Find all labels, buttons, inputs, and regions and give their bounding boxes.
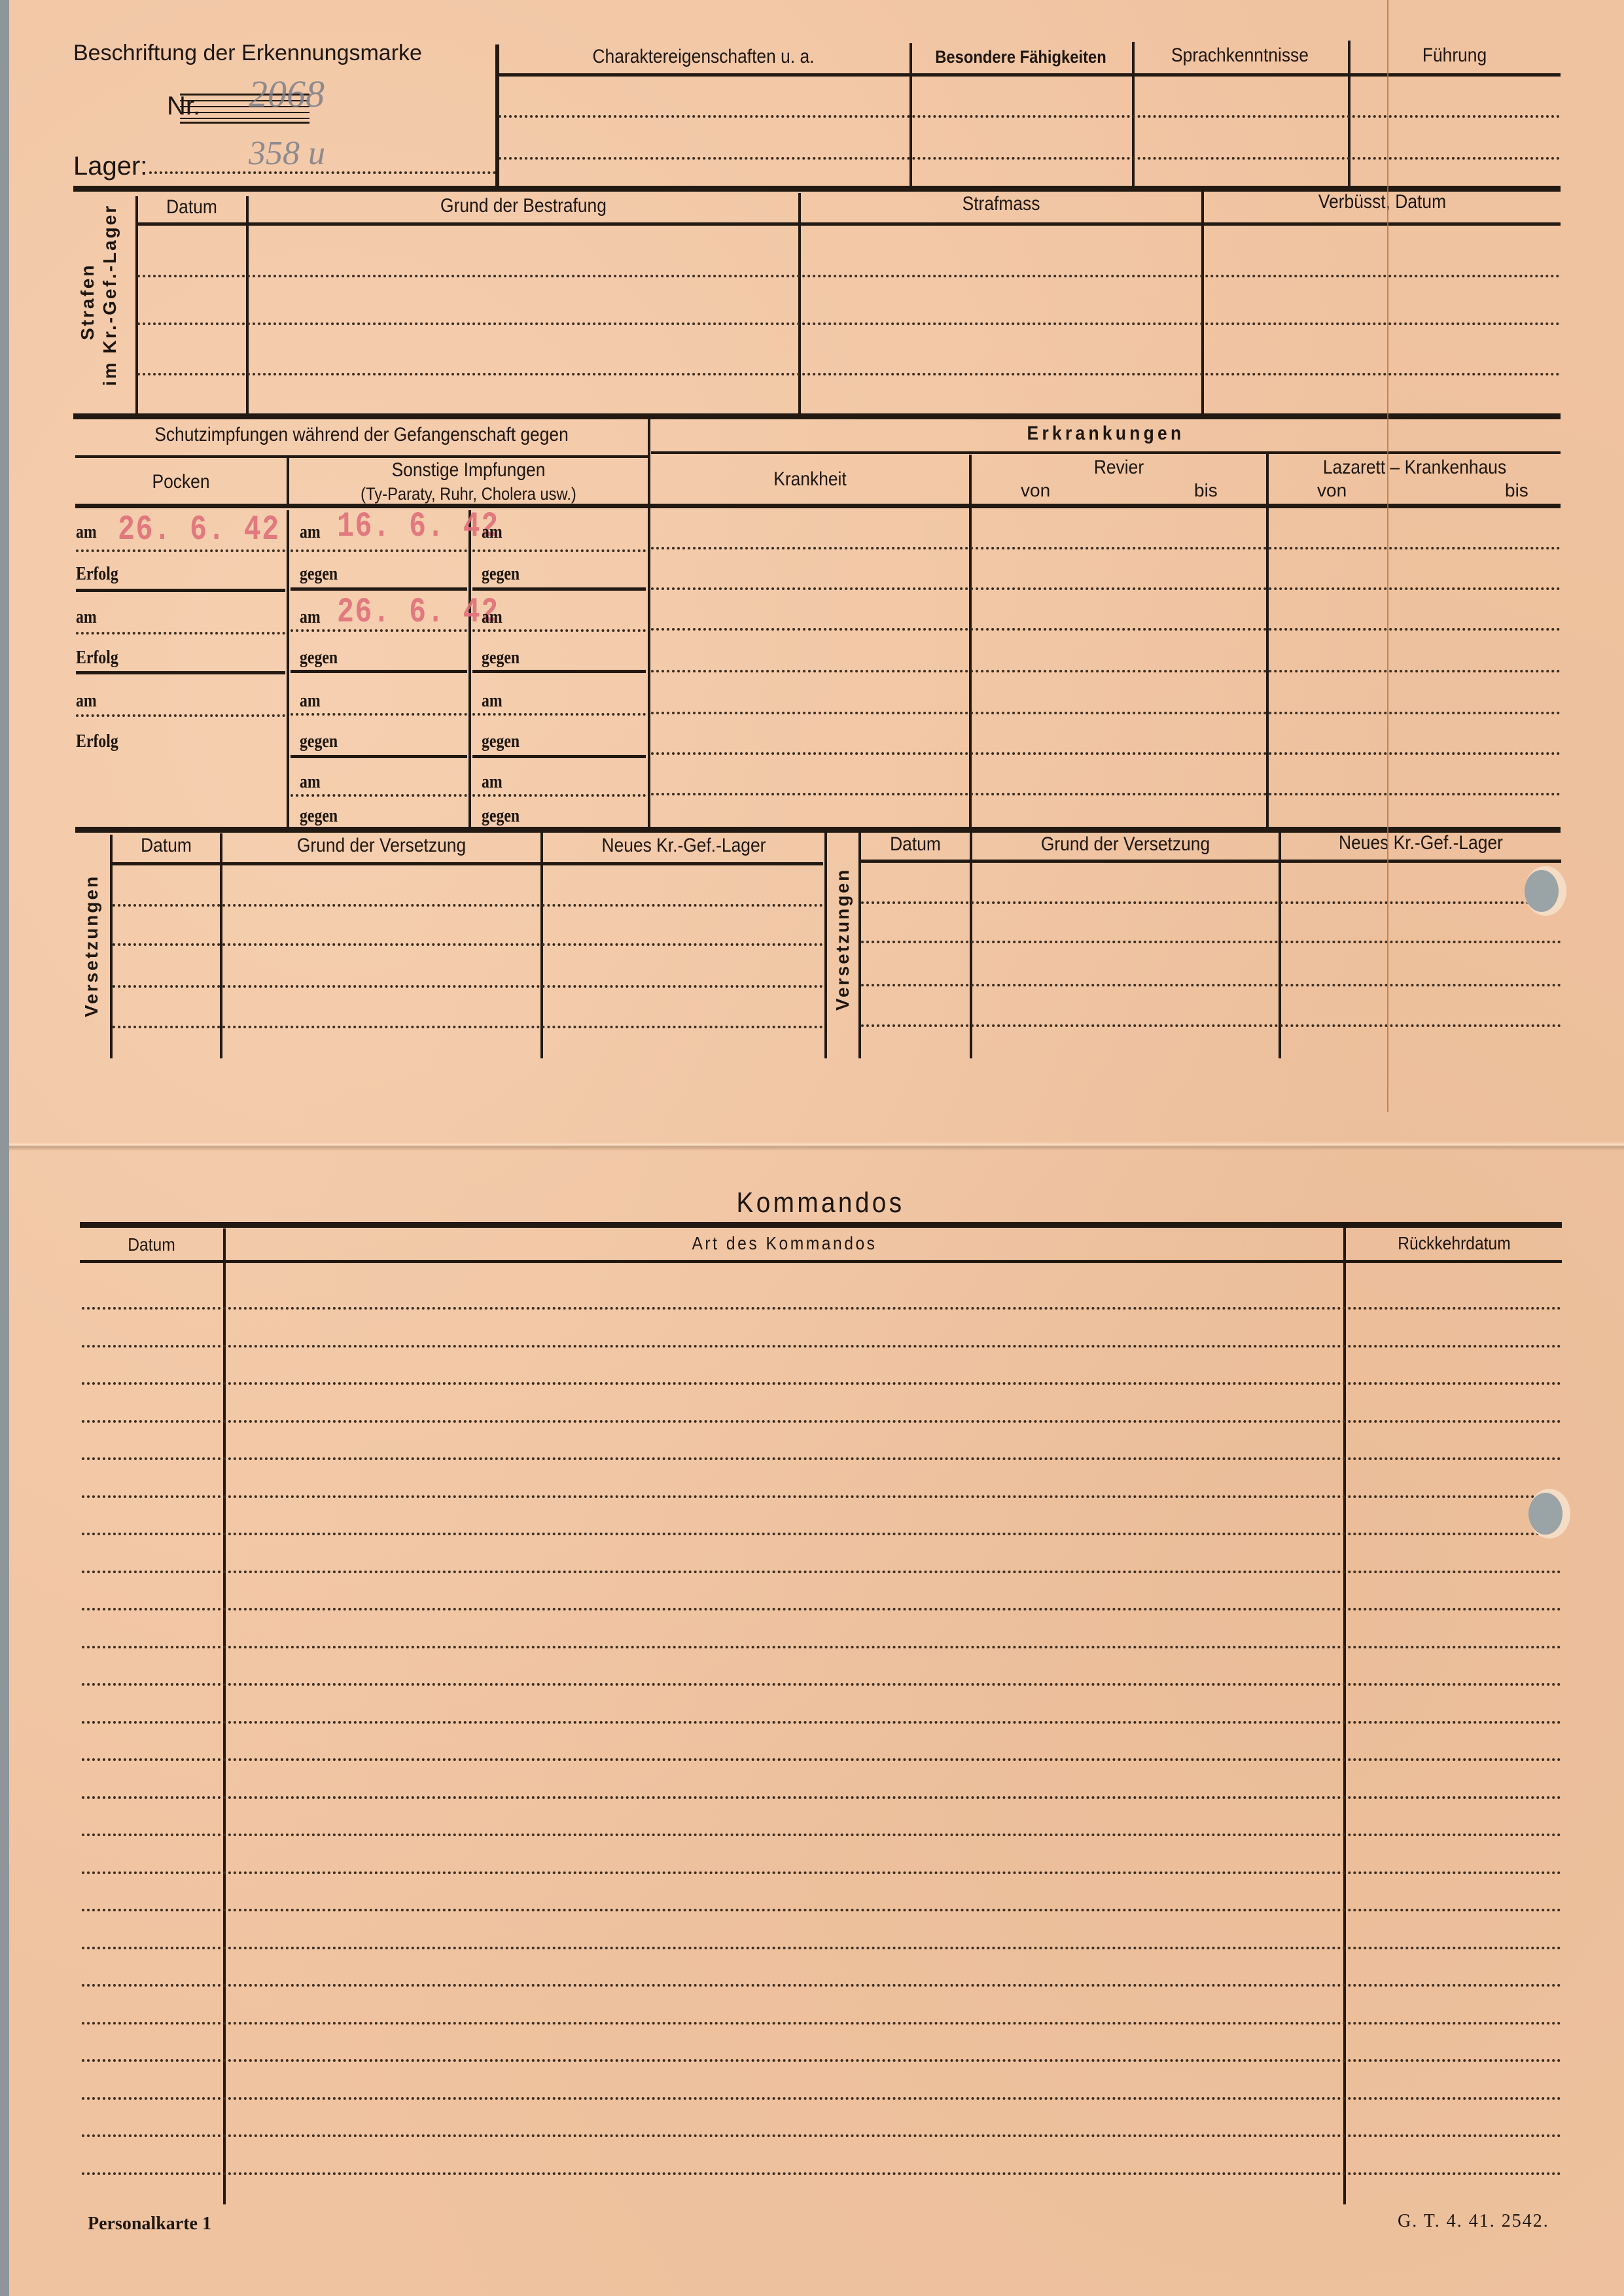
kommandos-sep-2 <box>1343 1227 1346 2204</box>
lager-label: Lager: <box>73 152 147 181</box>
kommandos-dots-5 <box>82 1457 1562 1460</box>
sonstige-a-dots-1 <box>291 549 467 552</box>
kommandos-dots-2 <box>82 1345 1562 1348</box>
erk-col-krankheit: Krankheit <box>670 468 950 491</box>
kommandos-dots-14 <box>82 1796 1562 1799</box>
strafen-col-datum: Datum <box>144 196 239 218</box>
versetzungen-side-label-right: Versetzungen <box>832 868 853 1011</box>
versetzungen-side-label-left: Versetzungen <box>81 875 102 1017</box>
sonstige-sub: (Ty-Paraty, Ruhr, Cholera usw.) <box>311 483 626 505</box>
vers-r-col-grund: Grund der Versetzung <box>991 833 1260 856</box>
kommandos-col-art: Art des Kommandos <box>292 1232 1276 1255</box>
sonstige-a-rule-1 <box>291 587 467 591</box>
erk-col-lazarett: Lazarett – Krankenhaus <box>1286 457 1543 479</box>
sonstige-a-gegen-3: gegen <box>300 731 338 752</box>
pocken-label: Pocken <box>88 471 274 493</box>
print-code: G. T. 4. 41. 2542. <box>1398 2211 1549 2232</box>
sonstige-b-am-2: am <box>482 607 503 628</box>
kommandos-dots-20 <box>82 2022 1562 2025</box>
erk-dots-3 <box>651 628 1561 631</box>
sonstige-a-dots-2 <box>291 629 467 632</box>
impf-sep-pocken <box>287 458 289 504</box>
sonstige-b-rule-3 <box>472 755 646 758</box>
pocken-date-1: 26. 6. 42 <box>118 510 280 550</box>
kommandos-dots-16 <box>82 1871 1562 1874</box>
erk-dots-2 <box>651 587 1561 590</box>
strafen-col-grund: Grund der Bestrafung <box>281 195 765 217</box>
strafen-dots-3 <box>137 373 1561 375</box>
kommandos-dots-1 <box>82 1307 1562 1310</box>
form-name: Personalkarte 1 <box>88 2214 211 2235</box>
impf-sep-b <box>468 510 471 827</box>
sonstige-label: Sonstige Impfungen <box>311 459 626 481</box>
strafen-underline <box>137 222 1561 226</box>
sonstige-b-dots-4 <box>472 794 646 797</box>
header-col-sprachen: Sprachkenntnisse <box>1146 44 1334 67</box>
sonstige-a-am-2: am <box>300 607 321 628</box>
erkrankungen-title-underline <box>651 451 1561 454</box>
erk-revier-bis: bis <box>1194 480 1218 501</box>
pocken-am-2: am <box>76 607 97 628</box>
strafen-col-verbuesst: Verbüsst, Datum <box>1226 191 1540 213</box>
strafen-sep-2 <box>798 193 801 415</box>
header-underline <box>499 73 1561 77</box>
vers-r-col-datum: Datum <box>868 833 963 856</box>
erk-dots-4 <box>651 670 1561 672</box>
kommandos-dots-22 <box>82 2097 1562 2100</box>
sonstige-b-am-4: am <box>482 772 503 793</box>
kommandos-dots-9 <box>82 1608 1562 1610</box>
kommandos-sep-1 <box>223 1228 226 2204</box>
kommandos-dots-11 <box>82 1683 1562 1686</box>
header-dots-2 <box>499 157 1561 160</box>
vers-l-underline <box>113 862 823 865</box>
erk-revier-von: von <box>1021 480 1050 501</box>
nr-value[interactable]: 2068 <box>249 72 325 116</box>
erk-lazarett-von: von <box>1317 480 1347 501</box>
header-col-sep-3 <box>1348 41 1350 186</box>
vers-l-dots-4 <box>113 1026 823 1028</box>
strafen-side-label-1: Strafen <box>77 264 98 340</box>
erk-dots-7 <box>651 793 1561 795</box>
vers-l-col-lager: Neues Kr.-Gef.-Lager <box>560 835 807 857</box>
erk-dots-6 <box>651 752 1561 755</box>
sonstige-a-am-1: am <box>300 522 321 543</box>
kommandos-dots-17 <box>82 1909 1562 1911</box>
vers-l-dots-3 <box>113 985 823 988</box>
vers-r-dots-2 <box>861 941 1561 943</box>
sonstige-b-dots-1 <box>472 549 646 552</box>
sonstige-date-2: 26. 6. 42 <box>337 593 499 633</box>
sonstige-a-gegen-4: gegen <box>300 806 338 827</box>
strafen-col-strafmass: Strafmass <box>825 193 1178 215</box>
header-col-sep-1 <box>909 43 912 186</box>
sonstige-a-rule-2 <box>291 670 467 673</box>
punch-hole-lower <box>1528 1493 1562 1535</box>
vers-r-dots-3 <box>861 984 1561 986</box>
header-dots-1 <box>499 115 1561 118</box>
vertical-fold <box>1387 0 1388 1112</box>
sonstige-a-gegen-1: gegen <box>300 564 338 585</box>
vers-l-sep-1 <box>220 833 222 1058</box>
sonstige-b-gegen-4: gegen <box>482 806 520 827</box>
kommandos-dots-10 <box>82 1646 1562 1648</box>
pocken-dots-2 <box>76 632 285 635</box>
sonstige-b-gegen-1: gegen <box>482 564 520 585</box>
erk-sep-2 <box>1266 453 1269 827</box>
erk-lazarett-bis: bis <box>1505 480 1528 501</box>
sonstige-b-am-3: am <box>482 691 503 712</box>
impf-erk-divider <box>648 419 650 827</box>
pocken-erfolg-1: Erfolg <box>76 564 118 585</box>
impfungen-title-underline <box>75 455 648 458</box>
sonstige-b-gegen-2: gegen <box>482 648 520 669</box>
kommandos-dots-8 <box>82 1571 1562 1573</box>
erkennungsmarke-label: Beschriftung der Erkennungsmarke <box>73 41 422 66</box>
erk-dots-1 <box>651 547 1561 549</box>
kommandos-dots-24 <box>82 2172 1562 2175</box>
pocken-am-1: am <box>76 522 97 543</box>
erk-col-revier: Revier <box>989 457 1248 479</box>
sonstige-b-gegen-3: gegen <box>482 731 520 752</box>
kommandos-dots-23 <box>82 2134 1562 2137</box>
header-col-charakter: Charaktereigenschaften u. a. <box>523 46 884 68</box>
sonstige-a-gegen-2: gegen <box>300 648 338 669</box>
strafen-sep-1 <box>246 196 249 415</box>
vers-r-dots-1 <box>861 901 1561 904</box>
vers-r-underline <box>861 860 1561 863</box>
vers-l-sep-0 <box>110 835 113 1058</box>
vers-r-col-lager: Neues Kr.-Gef.-Lager <box>1298 832 1544 854</box>
pocken-erfolg-2: Erfolg <box>76 648 118 669</box>
vers-l-sep-3 <box>824 832 827 1058</box>
header-col-faehigkeiten: Besondere Fähigkeiten <box>924 46 1118 68</box>
impfungen-head-rule <box>75 504 1561 508</box>
kommandos-dots-15 <box>82 1834 1562 1836</box>
header-col-fuehrung: Führung <box>1362 44 1547 67</box>
vers-l-col-grund: Grund der Versetzung <box>241 835 521 857</box>
vers-r-dots-4 <box>861 1024 1561 1027</box>
sonstige-a-dots-3 <box>291 713 467 716</box>
sonstige-b-rule-2 <box>472 670 646 673</box>
sonstige-a-am-4: am <box>300 772 321 793</box>
sonstige-b-dots-3 <box>472 713 646 716</box>
kommandos-col-rueckkehr: Rückkehrdatum <box>1359 1232 1549 1255</box>
kommandos-head-rule <box>80 1260 1562 1263</box>
punch-hole-upper <box>1525 870 1559 912</box>
sonstige-b-dots-2 <box>472 629 646 632</box>
pocken-dots-1 <box>76 549 285 552</box>
kommandos-dots-18 <box>82 1947 1562 1949</box>
kommandos-top-rule <box>80 1222 1562 1228</box>
pocken-rule-2 <box>76 671 285 674</box>
pocken-am-3: am <box>76 691 97 712</box>
vers-l-dots-2 <box>113 943 823 946</box>
kommandos-dots-13 <box>82 1758 1562 1761</box>
kommandos-dots-19 <box>82 1984 1562 1987</box>
lager-value[interactable]: 358 u <box>249 134 325 173</box>
sonstige-b-am-1: am <box>482 522 503 543</box>
kommandos-dots-4 <box>82 1420 1562 1423</box>
strafen-sep-0 <box>135 196 138 415</box>
erkrankungen-title: Erkrankungen <box>705 423 1506 445</box>
kommandos-title: Kommandos <box>168 1187 1474 1219</box>
vers-l-dots-1 <box>113 904 823 907</box>
kommandos-dots-7 <box>82 1533 1562 1535</box>
kommandos-dots-3 <box>82 1382 1562 1385</box>
sonstige-a-rule-3 <box>291 755 467 758</box>
kommandos-dots-6 <box>82 1495 1562 1498</box>
pocken-dots-3 <box>76 714 285 717</box>
sonstige-a-dots-4 <box>291 794 467 797</box>
sonstige-b-rule-1 <box>472 587 646 591</box>
strafen-dots-2 <box>137 322 1561 325</box>
sonstige-a-am-3: am <box>300 691 321 712</box>
kommandos-col-datum: Datum <box>88 1234 215 1256</box>
impfungen-title: Schutzimpfungen während der Gefangenscha… <box>110 424 614 446</box>
kommandos-dots-12 <box>82 1721 1562 1724</box>
pocken-rule-1 <box>76 589 285 592</box>
sonstige-date-1: 16. 6. 42 <box>337 507 499 547</box>
impf-sep-a <box>287 510 289 827</box>
strafen-dots-1 <box>137 275 1561 277</box>
section-rule-2 <box>73 413 1561 419</box>
strafen-side-label-2: im Kr.-Gef.-Lager <box>99 204 120 386</box>
erk-sep-1 <box>969 455 972 827</box>
erk-dots-5 <box>651 712 1561 714</box>
pocken-erfolg-3: Erfolg <box>76 731 118 752</box>
header-col-sep-2 <box>1132 42 1135 186</box>
kommandos-dots-21 <box>82 2059 1562 2062</box>
vers-l-col-datum: Datum <box>119 835 213 857</box>
horizontal-fold <box>9 1141 1624 1151</box>
